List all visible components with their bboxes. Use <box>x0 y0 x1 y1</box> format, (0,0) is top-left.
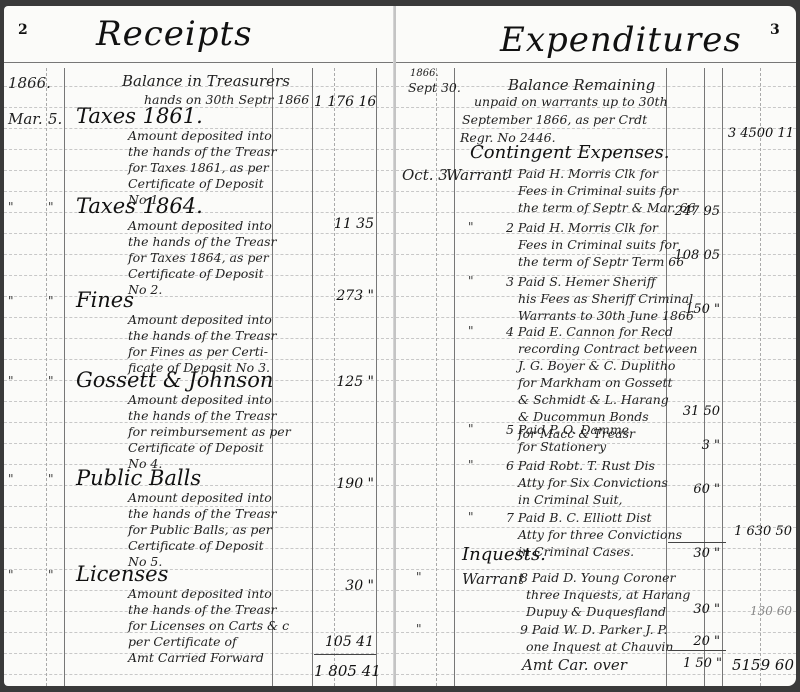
entry-amount: 30 " <box>668 602 720 617</box>
entry-description-line: Amt Carried Forward <box>128 650 264 665</box>
entry-title: Gossett & Johnson <box>76 368 273 392</box>
opening-date-year: 1866. <box>410 68 439 79</box>
entry-amount: 31 50 <box>668 404 720 419</box>
entry-description-line: Fees in Criminal suits for <box>518 183 678 198</box>
entry-amount: 11 35 <box>314 216 374 232</box>
column-rule <box>312 68 313 686</box>
entry-date: " <box>468 274 474 288</box>
entry-date: " <box>468 510 474 524</box>
section-title-inquests: Inquests. <box>462 544 546 565</box>
entry-date: " <box>416 622 422 636</box>
header-rule <box>396 62 796 63</box>
entry-description-line: Certificate of Deposit <box>128 538 264 553</box>
entry-description-line: for Taxes 1864, as per <box>128 250 269 265</box>
entry-amount: 20 " <box>668 634 720 649</box>
entry-date: Mar. <box>8 110 43 128</box>
entry-amount: 150 " <box>668 302 720 317</box>
column-rule <box>454 68 455 686</box>
entry-description-line: three Inquests, at Harang <box>526 587 690 602</box>
entry-title: Licenses <box>76 562 168 586</box>
entry-amount: 125 " <box>314 374 374 390</box>
entry-description-line: for reimbursement as per <box>128 424 291 439</box>
entry-amount: 30 " <box>314 578 374 594</box>
entry-amount: 60 " <box>668 482 720 497</box>
entry-description-line: Amount deposited into <box>128 312 272 327</box>
right-page: Expenditures31866.Sept 30.Balance Remain… <box>396 6 796 686</box>
entry-description-line: for Fines as per Certi- <box>128 344 268 359</box>
entry-description-line: Atty for Six Convictions <box>518 475 668 490</box>
entry-date: 1866. <box>8 74 51 92</box>
entry-description-line: Certificate of Deposit <box>128 176 264 191</box>
page-heading-expenditures: Expenditures <box>500 20 742 60</box>
entry-date: " <box>468 220 474 234</box>
entry-voucher: Warrant <box>462 570 524 588</box>
entry-description-line: J. G. Boyer & C. Duplitho <box>518 358 675 373</box>
section-subtotal: 1 50 " <box>668 656 722 671</box>
entry-date: " <box>8 294 14 308</box>
entry-description-line: Fees in Criminal suits for <box>518 237 678 252</box>
entry-title: Taxes 1861. <box>76 104 203 128</box>
opening-line: September 1866, as per Crdt <box>462 112 647 127</box>
entry-description-line: per Certificate of <box>128 634 237 649</box>
column-rule <box>376 68 377 686</box>
entry-amount: 108 05 <box>668 248 720 263</box>
page-heading-receipts: Receipts <box>96 14 253 54</box>
entry-description-line: 7 Paid B. C. Elliott Dist <box>506 510 652 525</box>
ruled-line <box>4 191 394 192</box>
entry-description-line: 5 Paid P. O. Damme <box>506 422 629 437</box>
entry-day: " <box>48 294 54 308</box>
entry-description-line: Atty for three Convictions <box>518 527 682 542</box>
entry-amount: 247 95 <box>668 204 720 219</box>
column-rule <box>436 68 437 686</box>
entry-title: Balance in Treasurers <box>122 72 290 90</box>
entry-description-line: the hands of the Treasr <box>128 328 277 343</box>
entry-description-line: the hands of the Treasr <box>128 602 277 617</box>
entry-day: " <box>48 374 54 388</box>
entry-date: " <box>468 324 474 338</box>
entry-description-line: Amount deposited into <box>128 128 272 143</box>
left-page: 2Receipts1866.Balance in Treasurershands… <box>4 6 394 686</box>
entry-day: 5. <box>48 110 62 128</box>
opening-balance-amount: 3 4500 11 <box>714 126 794 141</box>
entry-description-line: the hands of the Treasr <box>128 234 277 249</box>
column-rule <box>760 68 761 686</box>
entry-description-line: 3 Paid S. Hemer Sheriff <box>506 274 656 289</box>
page-number: 3 <box>770 22 780 38</box>
entry-description-line: recording Contract between <box>518 341 697 356</box>
entry-description-line: the hands of the Treasr <box>128 408 277 423</box>
entry-description-line: for Public Balls, as per <box>128 522 272 537</box>
opening-line: Balance Remaining <box>508 76 655 94</box>
entry-description-line: in Criminal Suit, <box>518 492 623 507</box>
entry-description-line: Certificate of Deposit <box>128 266 264 281</box>
ledger-book: 2Receipts1866.Balance in Treasurershands… <box>0 0 800 692</box>
entry-title: Public Balls <box>76 466 201 490</box>
entry-description-line: 6 Paid Robt. T. Rust Dis <box>506 458 655 473</box>
entry-amount: 3 " <box>668 438 720 453</box>
column-rule <box>46 68 47 686</box>
entry-description-line: the term of Septr Term 66 <box>518 254 684 269</box>
entry-description-line: 1 Paid H. Morris Clk for <box>506 166 658 181</box>
section-title-contingent: Contingent Expenses. <box>470 142 669 163</box>
entry-description-line: & Schmidt & L. Harang <box>518 392 669 407</box>
ruled-line <box>396 674 796 675</box>
ruled-line <box>4 569 394 570</box>
entry-description-line: Amount deposited into <box>128 490 272 505</box>
column-rule <box>704 68 705 686</box>
entry-date: " <box>8 200 14 214</box>
carried-forward-label: Amt Car. over <box>522 656 627 674</box>
entry-day: " <box>48 472 54 486</box>
entry-date: Oct. 3. <box>402 166 453 184</box>
entry-title: Fines <box>76 288 134 312</box>
ruled-line <box>4 464 394 465</box>
entry-amount: 273 " <box>314 288 374 304</box>
entry-description-line: Amount deposited into <box>128 392 272 407</box>
section-total-amount: 130 60 <box>726 604 792 618</box>
entry-description-line: for Markham on Gossett <box>518 375 673 390</box>
opening-line: unpaid on warrants up to 30th <box>474 94 668 109</box>
entry-description-line: for Stationery <box>518 439 606 454</box>
entry-amount: 190 " <box>314 476 374 492</box>
column-rule <box>722 68 723 686</box>
total-rule <box>314 654 376 655</box>
entry-description-line: Certificate of Deposit <box>128 440 264 455</box>
page-total-amount: 1 805 41 <box>314 662 376 680</box>
entry-description-line: 2 Paid H. Morris Clk for <box>506 220 658 235</box>
entry-date: " <box>468 422 474 436</box>
entry-description-line: one Inquest at Chauvin <box>526 639 673 654</box>
section-total-amount: 1 630 50 <box>726 524 792 539</box>
entry-description-line: Dupuy & Duquesfland <box>526 604 666 619</box>
entry-description-line: Amount deposited into <box>128 586 272 601</box>
column-rule <box>64 68 65 686</box>
entry-description-line: 8 Paid D. Young Coroner <box>520 570 676 585</box>
entry-description-line: 4 Paid E. Cannon for Recd <box>506 324 673 339</box>
entry-description-line: the hands of the Treasr <box>128 506 277 521</box>
entry-description-line: the hands of the Treasr <box>128 144 277 159</box>
entry-date: " <box>416 570 422 584</box>
page-number: 2 <box>18 22 28 38</box>
entry-description-line: Amount deposited into <box>128 218 272 233</box>
entry-description-line: his Fees as Sheriff Criminal <box>518 291 693 306</box>
subtotal-rule <box>668 542 726 543</box>
entry-voucher: Warrant <box>446 166 508 184</box>
entry-date: " <box>8 374 14 388</box>
entry-day: " <box>48 200 54 214</box>
opening-date: Sept 30. <box>408 80 461 95</box>
entry-day: " <box>48 568 54 582</box>
page-total-amount: 5159 60 <box>722 656 794 674</box>
entry-date: " <box>468 458 474 472</box>
header-rule <box>4 62 394 63</box>
entry-description-line: for Taxes 1861, as per <box>128 160 269 175</box>
entry-date: " <box>8 472 14 486</box>
entry-amount: 1 176 16 <box>314 94 374 110</box>
entry-amount: 105 41 <box>314 634 374 650</box>
entry-amount: 30 " <box>668 546 720 561</box>
entry-date: " <box>8 568 14 582</box>
entry-description-line: 9 Paid W. D. Parker J. P. <box>520 622 667 637</box>
entry-title: Taxes 1864. <box>76 194 203 218</box>
entry-description-line: for Licenses on Carts & c <box>128 618 289 633</box>
subtotal-rule <box>668 650 726 651</box>
